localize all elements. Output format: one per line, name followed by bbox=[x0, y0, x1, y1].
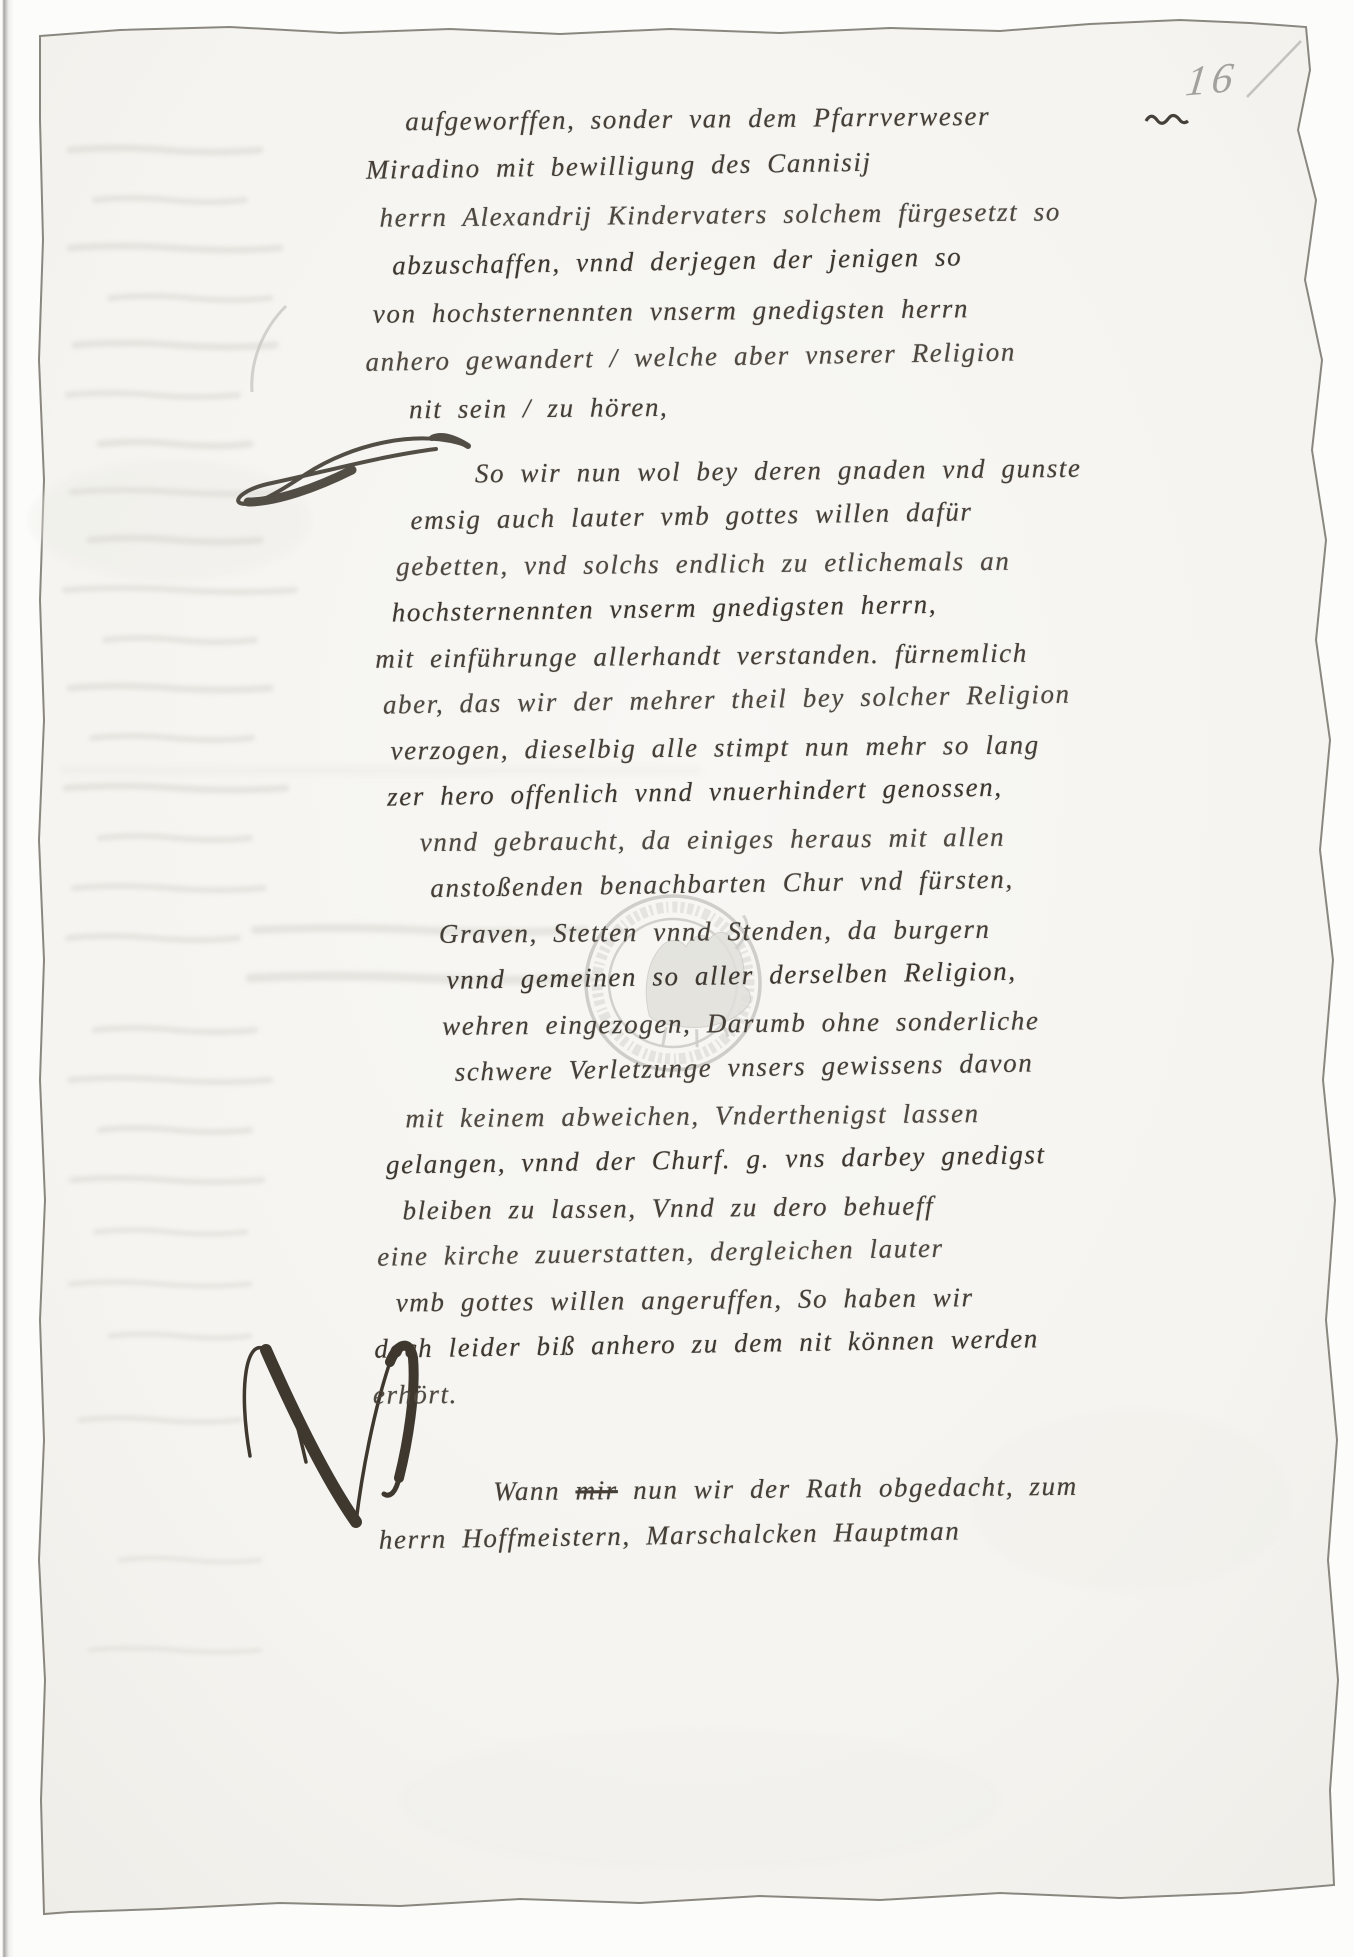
stray-marks bbox=[0, 0, 1354, 1957]
ink-squiggle-mark bbox=[1146, 116, 1188, 124]
pencil-diagonal-mark bbox=[1247, 41, 1301, 97]
faint-arc-mark bbox=[252, 306, 286, 392]
manuscript-scan: aufgeworffen, sonder van dem Pfarrverwes… bbox=[0, 0, 1354, 1957]
